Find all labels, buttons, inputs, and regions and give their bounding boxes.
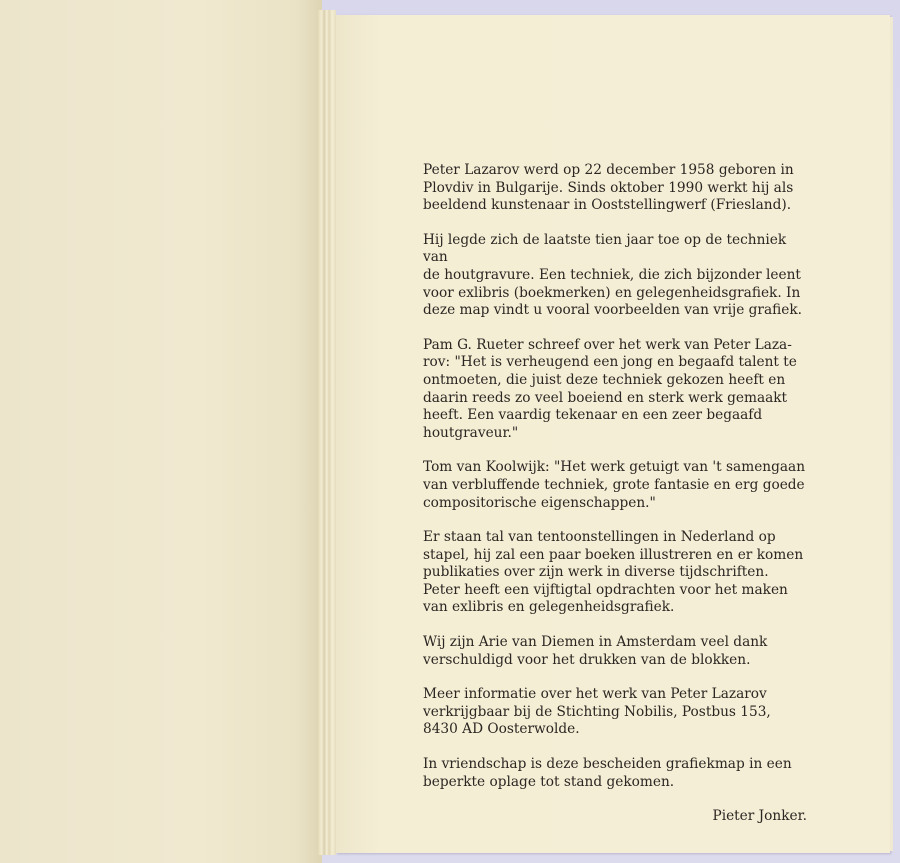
right-page: Peter Lazarov werd op 22 december 1958 g… (336, 15, 890, 853)
paragraph-rueter-quote: Pam G. Rueter schreef over het werk van … (423, 337, 807, 443)
paragraph-more-info: Meer informatie over het werk van Peter … (423, 686, 807, 739)
left-page-blank (0, 0, 322, 863)
paragraph-acknowledgement: Wij zijn Arie van Diemen in Amsterdam ve… (423, 634, 807, 669)
paragraph-technique: Hij legde zich de laatste tien jaar toe … (423, 232, 807, 320)
signature: Pieter Jonker. (423, 808, 807, 826)
paragraph-biography: Peter Lazarov werd op 22 december 1958 g… (423, 162, 807, 215)
book-gutter (318, 10, 336, 855)
paragraph-edition: In vriendschap is deze bescheiden grafie… (423, 756, 807, 791)
paragraph-exhibitions: Er staan tal van tentoonstellingen in Ne… (423, 529, 807, 617)
paragraph-koolwijk-quote: Tom van Koolwijk: "Het werk getuigt van … (423, 459, 807, 512)
body-text: Peter Lazarov werd op 22 december 1958 g… (423, 162, 807, 826)
